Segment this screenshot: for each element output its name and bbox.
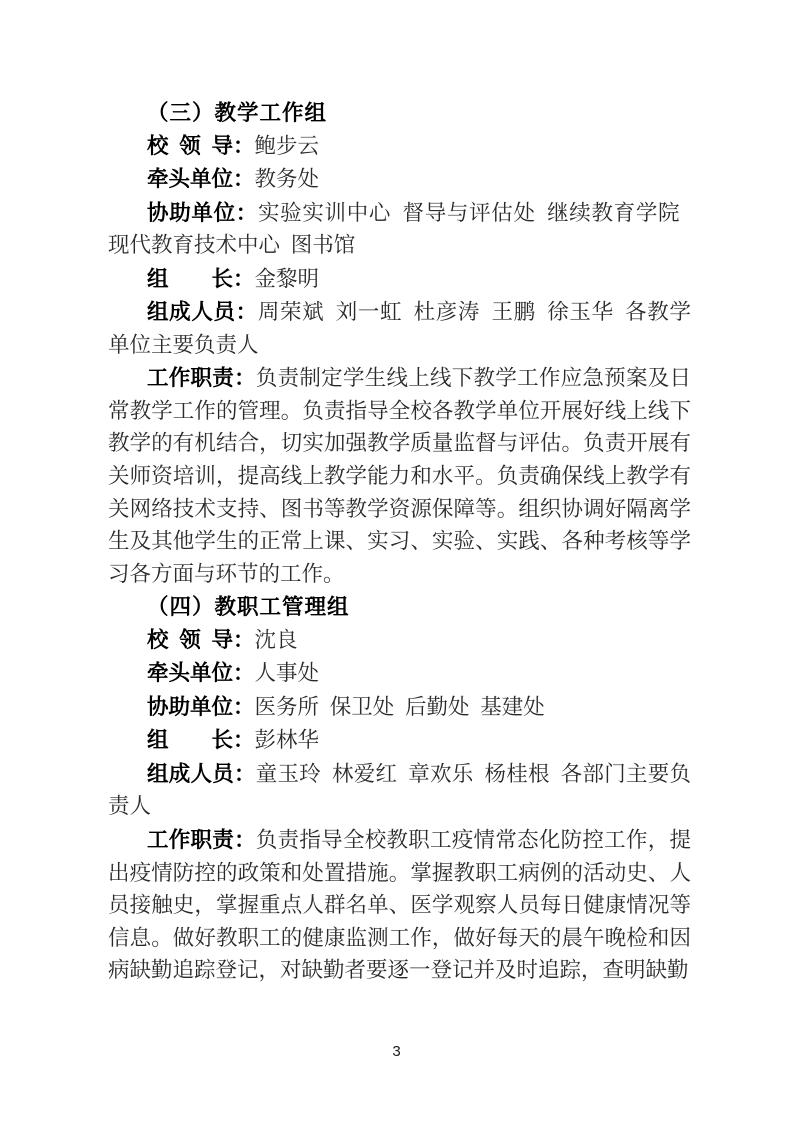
document-content: （三）教学工作组 校 领 导：鲍步云 牵头单位：教务处 协助单位：实验实训中心 … <box>108 97 691 988</box>
field-duties: 工作职责：负责指导全校教职工疫情常态化防控工作，提出疫情防控的政策和处置措施。掌… <box>108 824 691 988</box>
field-members: 组成人员：周荣斌 刘一虹 杜彦涛 王鹏 徐玉华 各教学单位主要负责人 <box>108 296 691 362</box>
field-assisting-units: 协助单位：实验实训中心 督导与评估处 继续教育学院 现代教育技术中心 图书馆 <box>108 197 691 263</box>
field-lead-unit: 牵头单位：人事处 <box>108 657 691 691</box>
field-label: 协助单位： <box>147 695 255 719</box>
field-value: 金黎明 <box>255 267 320 292</box>
section-staff-management-group: （四）教职工管理组 校 领 导：沈良 牵头单位：人事处 协助单位：医务所 保卫处… <box>108 591 691 988</box>
field-value: 鲍步云 <box>255 134 320 159</box>
field-value: 人事处 <box>255 661 320 686</box>
field-value: 彭林华 <box>255 728 320 753</box>
field-label: 工作职责： <box>147 828 256 852</box>
field-label: 协助单位： <box>147 201 258 225</box>
field-label: 校 领 导： <box>147 628 255 652</box>
field-label: 牵头单位： <box>147 661 255 685</box>
field-group-leader: 组 长：金黎明 <box>108 263 691 297</box>
field-school-leader: 校 领 导：沈良 <box>108 624 691 658</box>
section-teaching-work-group: （三）教学工作组 校 领 导：鲍步云 牵头单位：教务处 协助单位：实验实训中心 … <box>108 97 691 591</box>
field-label: 组成人员： <box>147 300 258 324</box>
field-value: 负责制定学生线上线下教学工作应急预案及日常教学工作的管理。负责指导全校各教学单位… <box>108 366 691 586</box>
field-duties: 工作职责：负责制定学生线上线下教学工作应急预案及日常教学工作的管理。负责指导全校… <box>108 362 691 591</box>
field-label: 组成人员： <box>147 762 256 786</box>
section-heading: （三）教学工作组 <box>108 97 691 130</box>
page-number: 3 <box>0 1043 793 1060</box>
field-assisting-units: 协助单位：医务所 保卫处 后勤处 基建处 <box>108 691 691 725</box>
field-label: 校 领 导： <box>147 134 255 158</box>
field-value: 沈良 <box>255 628 298 653</box>
field-lead-unit: 牵头单位：教务处 <box>108 163 691 197</box>
field-label: 牵头单位： <box>147 167 255 191</box>
document-page: （三）教学工作组 校 领 导：鲍步云 牵头单位：教务处 协助单位：实验实训中心 … <box>0 0 793 1122</box>
field-label: 工作职责： <box>147 366 256 390</box>
field-value: 教务处 <box>255 167 320 192</box>
field-members: 组成人员：童玉玲 林爱红 章欢乐 杨桂根 各部门主要负责人 <box>108 758 691 824</box>
field-label: 组 长： <box>147 267 255 291</box>
section-heading: （四）教职工管理组 <box>108 591 691 624</box>
field-value: 医务所 保卫处 后勤处 基建处 <box>255 695 545 720</box>
field-group-leader: 组 长：彭林华 <box>108 724 691 758</box>
field-school-leader: 校 领 导：鲍步云 <box>108 130 691 164</box>
field-label: 组 长： <box>147 728 255 752</box>
